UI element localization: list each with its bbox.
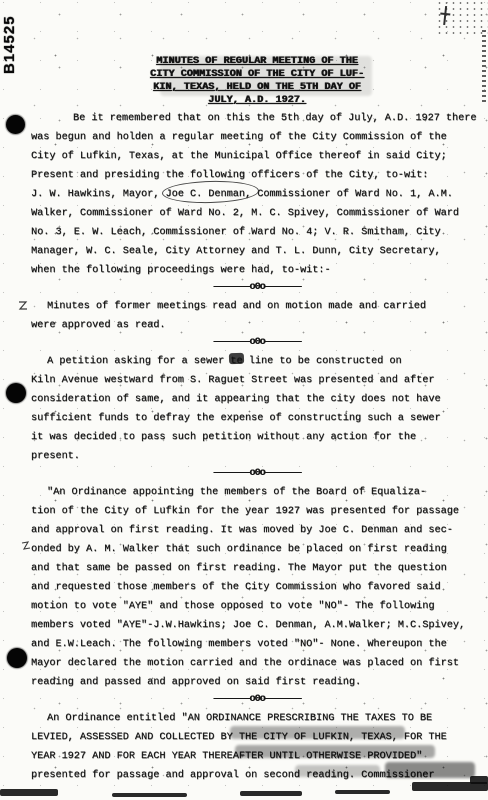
document-line: onded by A. M. Walker that such ordinanc… <box>31 540 483 559</box>
pencil-mark-stroke <box>443 6 447 25</box>
document-line: was begun and holden a regular meeting o… <box>31 128 483 147</box>
paragraph: A petition asking for a sewer te line to… <box>31 352 483 466</box>
paragraph: Be it remembered that on this the 5th da… <box>31 109 483 280</box>
scan-edge-mark <box>470 776 488 784</box>
document-line: were approved as read. <box>31 316 483 335</box>
document-line: Minutes of former meetings read and on m… <box>31 297 483 316</box>
document-line: City of Lufkin, Texas, at the Municipal … <box>31 147 483 166</box>
section-separator: ———————o0o——————— <box>31 336 483 350</box>
document-line: and requested those members of the City … <box>31 578 483 597</box>
document-line: sufficient funds to defray the expense o… <box>31 409 483 428</box>
pencil-squiggle <box>20 540 32 552</box>
paragraph: "An Ordinance appointing the members of … <box>31 483 483 692</box>
document-line: Present and presiding the following offi… <box>31 166 483 185</box>
scanned-document-page: B14525 MINUTES OF REGULAR MEETING OF THE… <box>0 0 488 800</box>
document-line: "An Ordinance appointing the members of … <box>31 483 483 502</box>
pencil-mark <box>437 5 453 28</box>
scan-smudge <box>230 726 405 739</box>
hole-punch <box>7 648 27 668</box>
scan-smudge <box>160 56 372 96</box>
document-line: and approval on first reading. It was mo… <box>31 521 483 540</box>
hole-punch <box>6 115 25 134</box>
pencil-squiggle <box>17 300 29 312</box>
document-line: No. 3, E. W. Leach, Commissioner of Ward… <box>31 223 483 242</box>
document-line: Be it remembered that on this the 5th da… <box>31 109 483 128</box>
document-content: MINUTES OF REGULAR MEETING OF THECITY CO… <box>31 52 483 785</box>
document-line: motion to vote "AYE" and those opposed t… <box>31 597 483 616</box>
document-line: Mayor declared the motion carried and th… <box>31 654 483 673</box>
document-body: Be it remembered that on this the 5th da… <box>31 109 483 785</box>
pencil-mark-stroke <box>440 12 450 15</box>
document-line: and that same be passed on first reading… <box>31 559 483 578</box>
scan-edge-mark <box>240 791 302 796</box>
document-line: present. <box>31 447 483 466</box>
document-line: Kiln Avenue westward from S. Raguet Stre… <box>31 371 483 390</box>
document-line: tion of the City of Lufkin for the year … <box>31 502 483 521</box>
document-line: consideration of same, and it appearing … <box>31 390 483 409</box>
scan-edge-mark <box>335 790 390 794</box>
archive-number-text: B14525 <box>1 6 18 74</box>
ink-blot <box>229 353 244 365</box>
document-line: when the following proceedings were had,… <box>31 261 483 280</box>
scan-smudge <box>385 762 475 778</box>
scan-edge-noise <box>482 30 486 102</box>
archive-number-stamp: B14525 <box>1 6 21 76</box>
document-line: members voted "AYE"-J.W.Hawkins; Joe C. … <box>31 616 483 635</box>
document-line: and E.W.Leach. The following members vot… <box>31 635 483 654</box>
document-line: Walker, Commissioner of Ward No. 2, M. C… <box>31 204 483 223</box>
document-line: it was decided to pass such petition wit… <box>31 428 483 447</box>
section-separator: ———————o0o——————— <box>31 281 483 295</box>
section-separator: ———————o0o——————— <box>31 693 483 707</box>
paragraph: Minutes of former meetings read and on m… <box>31 297 483 335</box>
scan-smudge <box>295 765 380 777</box>
document-line: reading and passed and approved on said … <box>31 673 483 692</box>
document-line: Manager, W. C. Seale, City Attorney and … <box>31 242 483 261</box>
scan-smudge <box>235 745 435 758</box>
document-line: A petition asking for a sewer te line to… <box>31 352 483 371</box>
scan-edge-mark <box>112 793 187 797</box>
hole-punch <box>6 383 26 403</box>
section-separator: ———————o0o——————— <box>31 467 483 481</box>
scan-edge-mark <box>0 789 58 796</box>
